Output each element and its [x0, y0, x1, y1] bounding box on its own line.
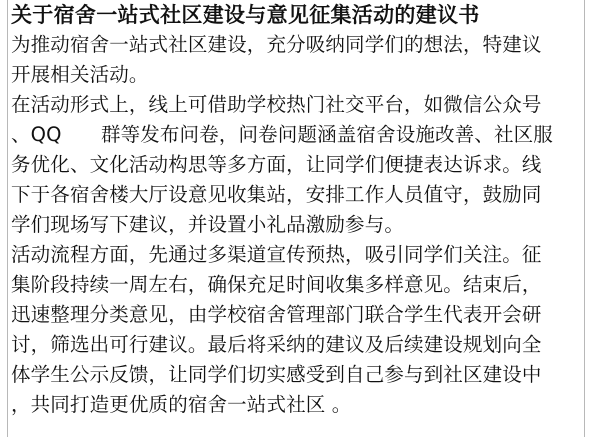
body-line: 集阶段持续一周左右，确保充足时间收集多样意见。结束后， [11, 270, 584, 300]
body-line: ，共同打造更优质的宿舍一站式社区 。 [11, 390, 584, 420]
body-line: 下于各宿舍楼大厅设意见收集站，安排工作人员值守，鼓励同 [11, 180, 584, 210]
body-line: 讨，筛选出可行建议。最后将采纳的建议及后续建设规划向全 [11, 330, 584, 360]
document-title: 关于宿舍一站式社区建设与意见征集活动的建议书 [11, 0, 584, 30]
body-line: 为推动宿舍一站式社区建设，充分吸纳同学们的想法，特建议 [11, 30, 584, 60]
body-line: 学们现场写下建议，并设置小礼品激励参与。 [11, 210, 584, 240]
body-line: 务优化、文化活动构思等多方面，让同学们便捷表达诉求。线 [11, 150, 584, 180]
document-page: 关于宿舍一站式社区建设与意见征集活动的建议书 为推动宿舍一站式社区建设，充分吸纳… [7, 0, 585, 437]
body-line: 在活动形式上，线上可借助学校热门社交平台，如微信公众号 [11, 90, 584, 120]
body-line: 迅速整理分类意见，由学校宿舍管理部门联合学生代表开会研 [11, 300, 584, 330]
body-line: 、QQ 群等发布问卷，问卷问题涵盖宿舍设施改善、社区服 [11, 120, 584, 150]
body-line: 活动流程方面，先通过多渠道宣传预热，吸引同学们关注。征 [11, 240, 584, 270]
body-line: 开展相关活动。 [11, 60, 584, 90]
body-line: 体学生公示反馈，让同学们切实感受到自己参与到社区建设中 [11, 360, 584, 390]
